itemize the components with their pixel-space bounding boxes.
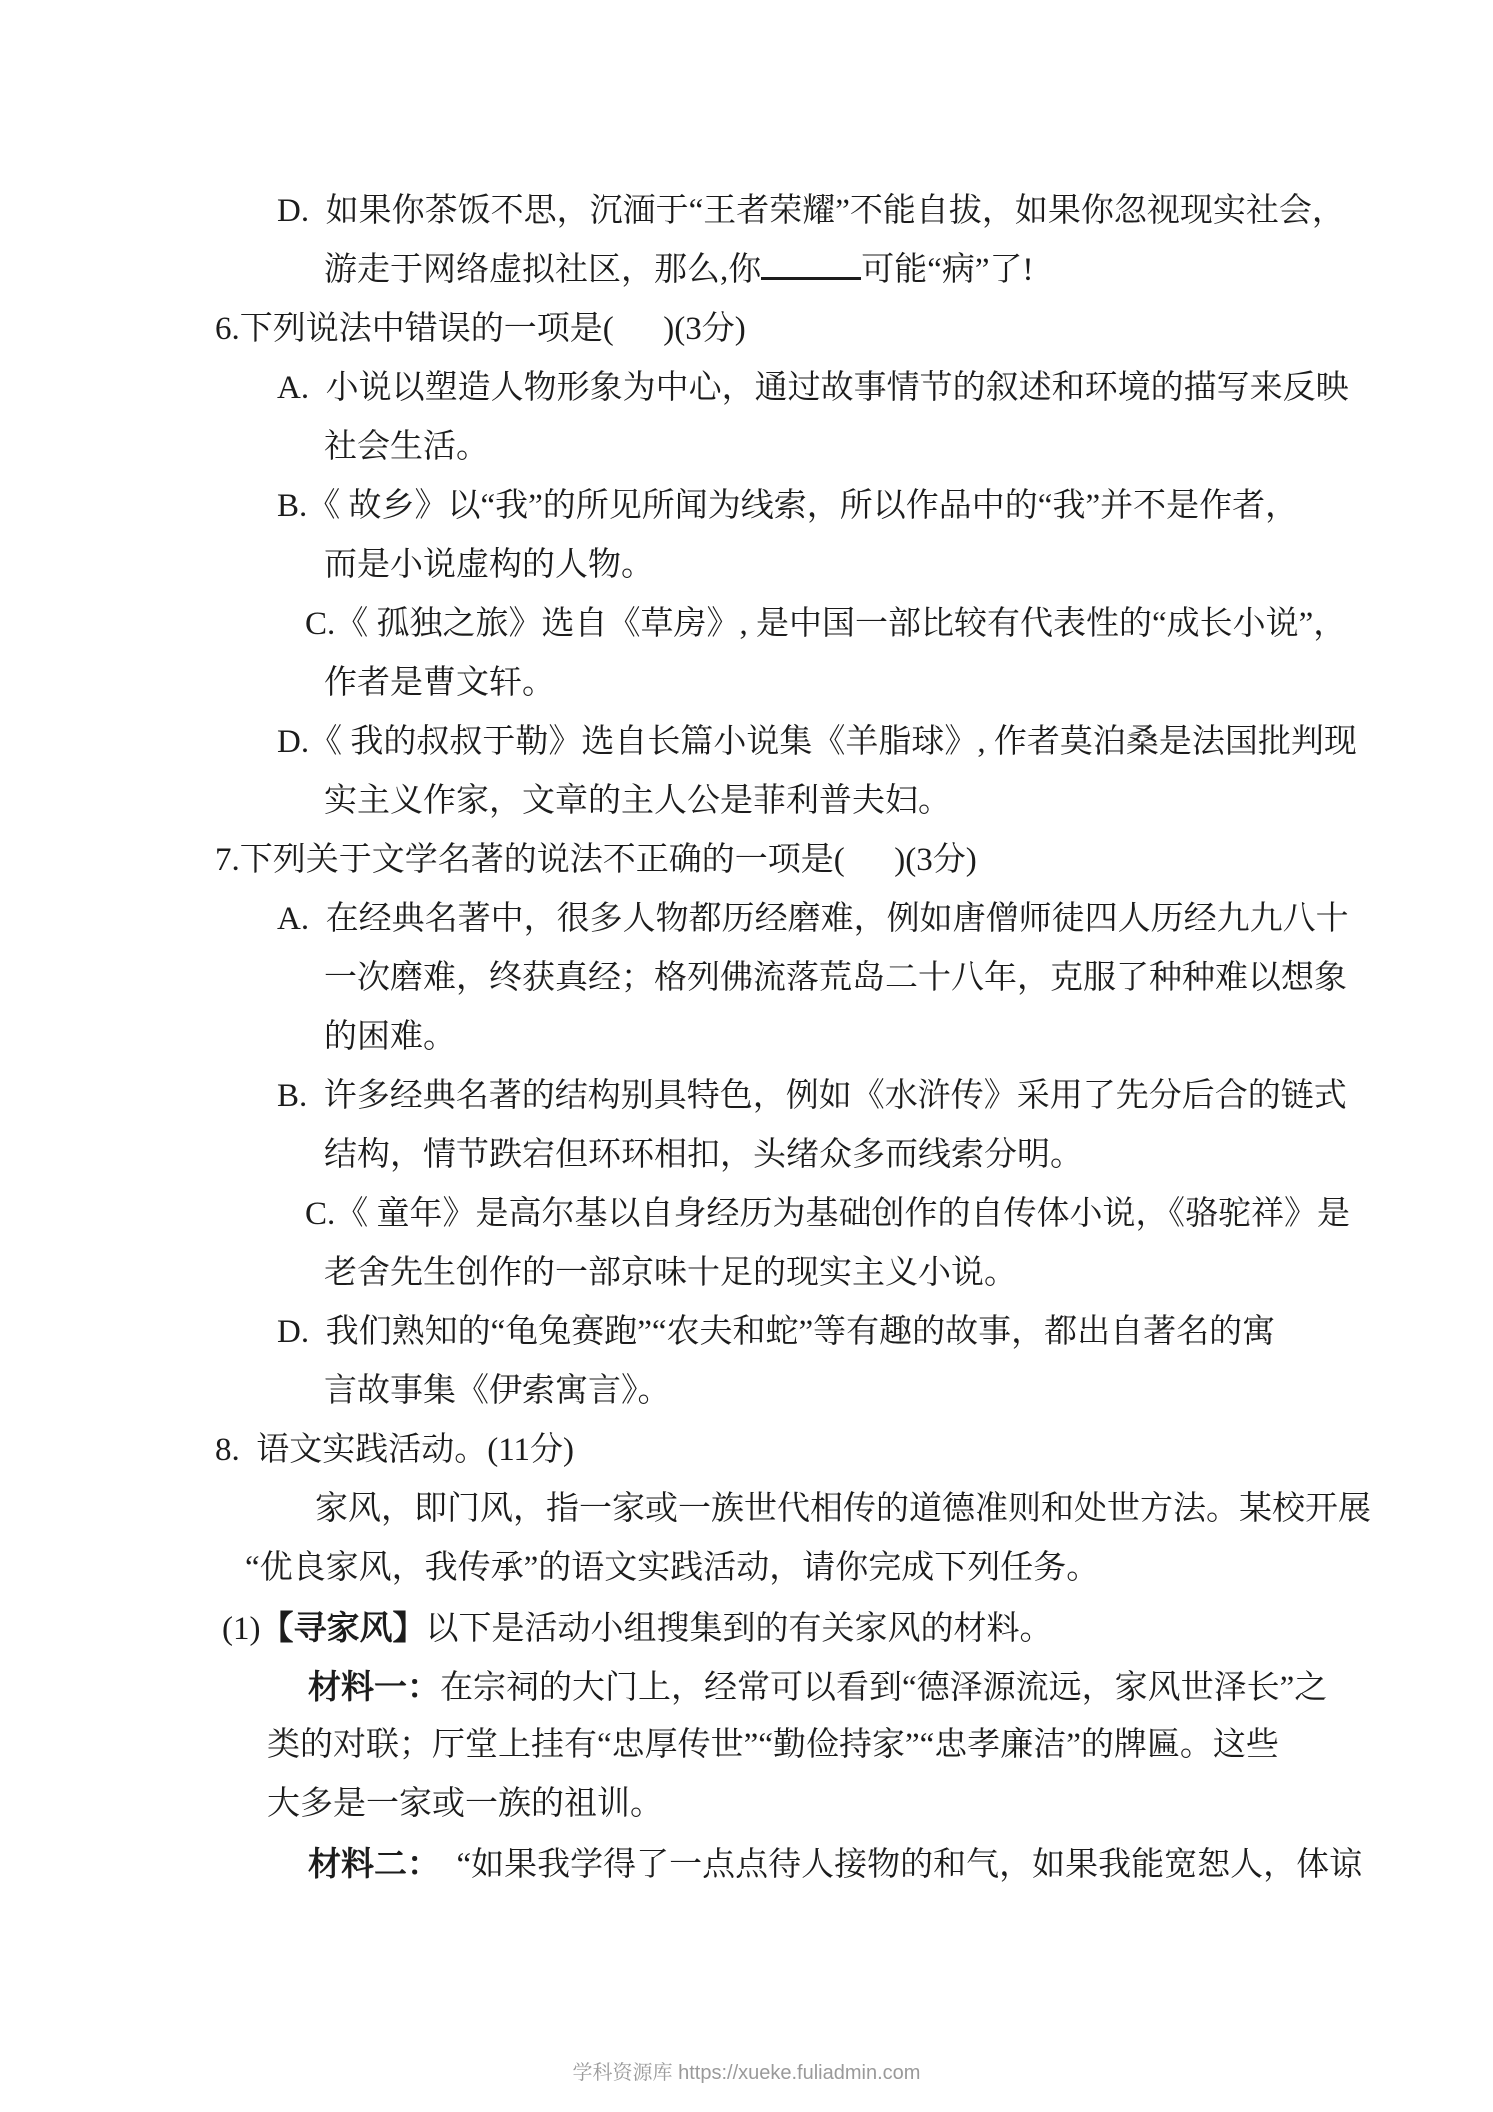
q7-option-a-line1: A. 在经典名著中，很多人物都历经磨难，例如唐僧师徒四人历经九九八十 [277,890,1493,949]
q8-stem: 8. 语文实践活动。(11分) [215,1421,1493,1480]
q6-option-c-line2: 作者是曹文轩。 [324,654,1493,713]
q5-option-d-line2: 游走于网络虚拟社区，那么,你可能“病”了! [324,241,1493,300]
q7-option-b-line2: 结构，情节跌宕但环环相扣，头绪众多而线索分明。 [324,1126,1493,1185]
q7-option-a-line2: 一次磨难，终获真经；格列佛流落荒岛二十八年，克服了种种难以想象 [324,949,1493,1008]
material-1-line2: 类的对联；厅堂上挂有“忠厚传世”“勤俭持家”“忠孝廉洁”的牌匾。这些 [267,1716,1493,1775]
q8-sub1-text: 以下是活动小组搜集到的有关家风的材料。 [425,1611,1052,1647]
material-1-line1: 材料一：在宗祠的大门上，经常可以看到“德泽源流远，家风世泽长”之 [308,1657,1493,1716]
q7-option-a-line3: 的困难。 [324,1008,1493,1067]
material-1-text1: 在宗祠的大门上，经常可以看到“德泽源流远，家风世泽长”之 [440,1670,1327,1706]
watermark: 学科资源库 https://xueke.fuliadmin.com [0,2058,1493,2088]
q7-option-d-line2: 言故事集《伊索寓言》。 [324,1362,1493,1421]
q7-option-c-line2: 老舍先生创作的一部京味十足的现实主义小说。 [324,1244,1493,1303]
q7-option-d-line1: D. 我们熟知的“龟兔赛跑”“农夫和蛇”等有趣的故事，都出自著名的寓 [277,1303,1493,1362]
q6-option-d-line1: D.《 我的叔叔于勒》选自长篇小说集《羊脂球》, 作者莫泊桑是法国批判现 [277,713,1493,772]
material-2-text1: “如果我学得了一点点待人接物的和气，如果我能宽恕人，体谅 [440,1847,1362,1883]
q8-intro-line1: 家风，即门风，指一家或一族世代相传的道德准则和处世方法。某校开展 [315,1480,1493,1539]
q6-option-c-line1: C.《 孤独之旅》选自《草房》, 是中国一部比较有代表性的“成长小说”， [305,595,1493,654]
q5-option-d-line2-post: 可能“病”了! [861,252,1033,288]
q8-intro-line2: “优良家风，我传承”的语文实践活动，请你完成下列任务。 [245,1539,1493,1598]
q8-sub1: (1)【寻家风】以下是活动小组搜集到的有关家风的材料。 [222,1598,1493,1657]
q6-option-b-line1: B.《 故乡》以“我”的所见所闻为线索，所以作品中的“我”并不是作者， [277,477,1493,536]
material-2-label: 材料二： [308,1845,440,1882]
q5-option-d-line1: D. 如果你茶饭不思，沉湎于“王者荣耀”不能自拔，如果你忽视现实社会， [277,182,1493,241]
material-2-line1: 材料二： “如果我学得了一点点待人接物的和气，如果我能宽恕人，体谅 [308,1834,1493,1893]
q6-option-a-line1: A. 小说以塑造人物形象为中心，通过故事情节的叙述和环境的描写来反映 [277,359,1493,418]
material-1-line3: 大多是一家或一族的祖训。 [267,1775,1493,1834]
q7-stem: 7.下列关于文学名著的说法不正确的一项是( )(3分) [215,831,1493,890]
exam-page: D. 如果你茶饭不思，沉湎于“王者荣耀”不能自拔，如果你忽视现实社会， 游走于网… [0,0,1493,2112]
q8-sub1-tag: 【寻家风】 [260,1609,425,1646]
q6-option-b-line2: 而是小说虚构的人物。 [324,536,1493,595]
q8-sub1-number: (1) [222,1611,260,1647]
material-1-label: 材料一： [308,1668,440,1705]
q6-option-a-line2: 社会生活。 [324,418,1493,477]
q5-option-d-line2-pre: 游走于网络虚拟社区，那么,你 [324,252,761,288]
q6-option-d-line2: 实主义作家，文章的主人公是菲利普夫妇。 [324,772,1493,831]
q7-option-b-line1: B. 许多经典名著的结构别具特色，例如《水浒传》采用了先分后合的链式 [277,1067,1493,1126]
fill-in-blank [761,277,861,280]
q7-option-c-line1: C.《 童年》是高尔基以自身经历为基础创作的自传体小说，《骆驼祥》是 [305,1185,1493,1244]
q6-stem: 6.下列说法中错误的一项是( )(3分) [215,300,1493,359]
